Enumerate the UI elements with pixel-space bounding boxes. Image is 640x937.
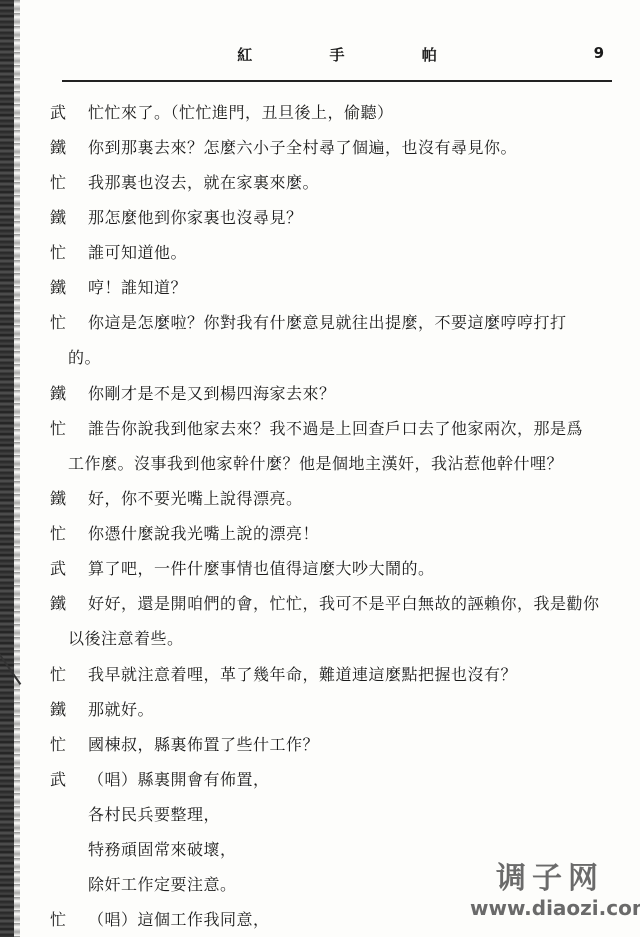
speech-text: 你憑什麼說我光嘴上說的漂亮！ (88, 519, 319, 549)
dialogue-line: 忙 誰告你說我到他家去來？我不過是上回查戶口去了他家兩次，那是爲 (0, 414, 640, 444)
speaker-label: 武 (50, 765, 66, 795)
dialogue-line: 武 忙忙來了。（忙忙進門，丑旦後上，偷聽） (0, 98, 640, 128)
song-line: 各村民兵要整理， (0, 800, 640, 830)
page-number: 9 (594, 44, 604, 62)
dialogue-line: 鐵 你到那裏去來？怎麼六小子全村尋了個遍，也沒有尋見你。 (0, 133, 640, 163)
speech-text: 你剛才是不是又到楊四海家去來？ (88, 379, 336, 409)
dialogue-line: 忙 誰可知道他。 (0, 238, 640, 268)
speech-text: 國棟叔，縣裏佈置了些什工作？ (88, 730, 319, 760)
speaker-label: 忙 (50, 238, 66, 268)
watermark-name: 调子网 (470, 862, 630, 896)
dialogue-line: 鐵 那就好。 (0, 695, 640, 725)
site-watermark: 调子网 www.diaozi.com (470, 862, 630, 920)
speaker-label: 鐵 (50, 589, 66, 619)
title-char: 帕 (422, 44, 437, 65)
speaker-label: 鐵 (50, 203, 66, 233)
dialogue-line: 鐵 那怎麼他到你家裏也沒尋見？ (0, 203, 640, 233)
speech-text: 誰告你說我到他家去來？我不過是上回查戶口去了他家兩次，那是爲 (88, 414, 583, 444)
speaker-label: 鐵 (50, 484, 66, 514)
speech-text: 各村民兵要整理， (88, 800, 220, 830)
speech-text: （唱）縣裏開會有佈置， (88, 765, 270, 795)
speech-text: 你這是怎麼啦？你對我有什麼意見就往出提麼，不要這麼哼哼打打 (88, 308, 567, 338)
speech-text: 的。 (68, 343, 101, 373)
speaker-label: 忙 (50, 308, 66, 338)
speech-text: 算了吧，一件什麼事情也值得這麼大吵大鬧的。 (88, 554, 435, 584)
dialogue-line: 武 （唱）縣裏開會有佈置， (0, 765, 640, 795)
speaker-label: 忙 (50, 168, 66, 198)
speaker-label: 忙 (50, 905, 66, 935)
title-char: 手 (329, 44, 344, 65)
speaker-label: 鐵 (50, 695, 66, 725)
speaker-label: 鐵 (50, 133, 66, 163)
speaker-label: 忙 (50, 730, 66, 760)
dialogue-line: 鐵 你剛才是不是又到楊四海家去來？ (0, 379, 640, 409)
speaker-label: 忙 (50, 519, 66, 549)
speech-text: 除奸工作定要注意。 (88, 870, 237, 900)
dialogue-line: 鐵 好，你不要光嘴上說得漂亮。 (0, 484, 640, 514)
speech-text: 你到那裏去來？怎麼六小子全村尋了個遍，也沒有尋見你。 (88, 133, 517, 163)
dialogue-line: 忙 我早就注意着哩，革了幾年命，難道連這麼點把握也沒有？ (0, 660, 640, 690)
speech-text: 忙忙來了。（忙忙進門，丑旦後上，偷聽） (88, 98, 394, 128)
title-char: 紅 (237, 44, 252, 65)
speech-text: 我那裏也沒去，就在家裏來麼。 (88, 168, 319, 198)
speaker-label: 忙 (50, 660, 66, 690)
speech-text: 那怎麼他到你家裏也沒尋見？ (88, 203, 303, 233)
speech-text: 誰可知道他。 (88, 238, 187, 268)
running-head-title: 紅 手 帕 (62, 44, 612, 65)
continuation-line: 以後注意着些。 (0, 624, 640, 654)
dialogue-line: 忙 你憑什麼說我光嘴上說的漂亮！ (0, 519, 640, 549)
dialogue-line: 忙 我那裏也沒去，就在家裏來麼。 (0, 168, 640, 198)
dialogue-line: 忙 你這是怎麼啦？你對我有什麼意見就往出提麼，不要這麼哼哼打打 (0, 308, 640, 338)
speech-text: 特務頑固常來破壞， (88, 835, 237, 865)
speaker-label: 鐵 (50, 273, 66, 303)
speech-text: 工作麼。沒事我到他家幹什麼？他是個地主漢奸，我沾惹他幹什哩？ (68, 449, 563, 479)
dialogue-line: 忙 國棟叔，縣裏佈置了些什工作？ (0, 730, 640, 760)
speech-text: 那就好。 (88, 695, 154, 725)
watermark-url: www.diaozi.com (470, 896, 630, 920)
speech-text: 我早就注意着哩，革了幾年命，難道連這麼點把握也沒有？ (88, 660, 517, 690)
speech-text: 好，你不要光嘴上說得漂亮。 (88, 484, 303, 514)
dialogue-line: 鐵 哼！誰知道？ (0, 273, 640, 303)
speaker-label: 武 (50, 554, 66, 584)
speech-text: （唱）這個工作我同意， (88, 905, 270, 935)
speech-text: 以後注意着些。 (68, 624, 184, 654)
speech-text: 哼！誰知道？ (88, 273, 187, 303)
dialogue-line: 武 算了吧，一件什麼事情也值得這麼大吵大鬧的。 (0, 554, 640, 584)
speaker-label: 鐵 (50, 379, 66, 409)
speech-text: 好好，還是開咱們的會，忙忙，我可不是平白無故的誣賴你，我是勸你 (88, 589, 600, 619)
dialogue-line: 鐵 好好，還是開咱們的會，忙忙，我可不是平白無故的誣賴你，我是勸你 (0, 589, 640, 619)
speaker-label: 武 (50, 98, 66, 128)
speaker-label: 忙 (50, 414, 66, 444)
header-rule (62, 80, 612, 82)
running-head: 紅 手 帕 9 (62, 44, 612, 70)
continuation-line: 工作麼。沒事我到他家幹什麼？他是個地主漢奸，我沾惹他幹什哩？ (0, 449, 640, 479)
continuation-line: 的。 (0, 343, 640, 373)
